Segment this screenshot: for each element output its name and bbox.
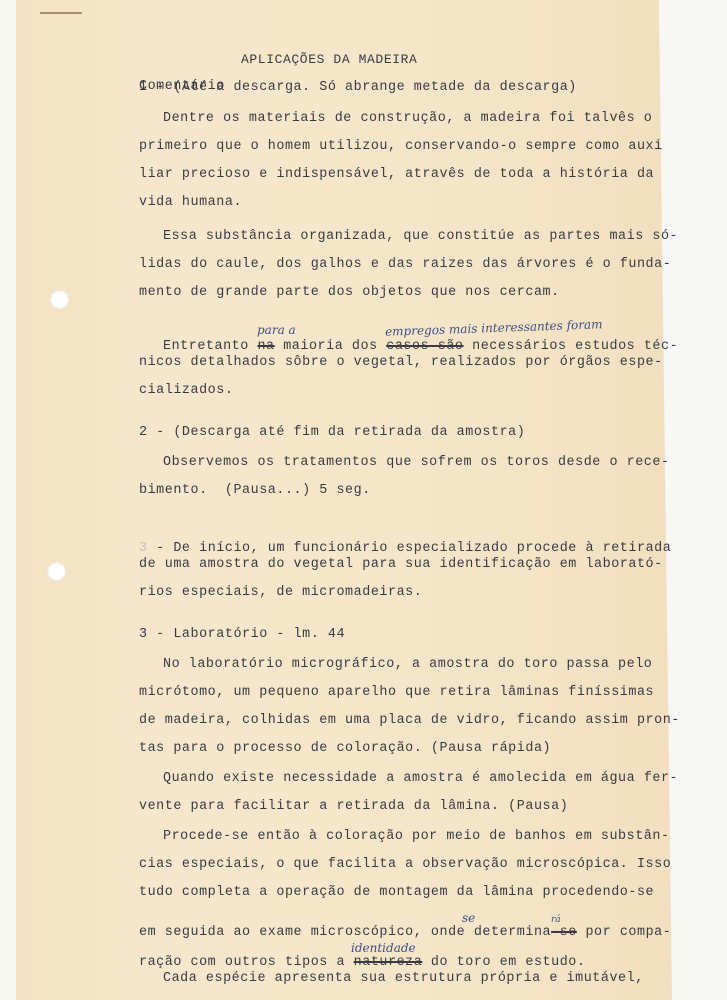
text-line: liar precioso e indispensável, atravês d… xyxy=(139,167,654,182)
text-line: mento de grande parte dos objetos que no… xyxy=(139,285,560,300)
paper-crease xyxy=(40,12,82,14)
text-line: tudo completa a operação de montagem da … xyxy=(139,885,654,900)
text-line: de madeira, colhidas em uma placa de vid… xyxy=(139,713,680,728)
punch-hole-top xyxy=(50,290,69,309)
text-line: Procede-se então à coloração por meio de… xyxy=(163,829,670,844)
text-line: micrótomo, um pequeno aparelho que retir… xyxy=(139,685,654,700)
text-line: Observemos os tratamentos que sofrem os … xyxy=(163,455,670,470)
text-line: Essa substância organizada, que constitú… xyxy=(163,229,678,244)
text-line: cias especiais, o que facilita a observa… xyxy=(139,857,671,872)
text-line: Quando existe necessidade a amostra é am… xyxy=(163,771,678,786)
struck-word: na xyxy=(257,339,274,354)
struck-word: casos são xyxy=(386,339,463,354)
text-line: bimento. (Pausa...) 5 seg. xyxy=(139,483,371,498)
section-line: 3 - De início, um funcionário especializ… xyxy=(139,541,671,556)
text-line: vente para facilitar a retirada da lâmin… xyxy=(139,799,568,814)
punch-hole-bottom xyxy=(47,562,66,581)
faded-number: 3 xyxy=(139,541,148,556)
text-line: 2 - (Descarga até fim da retirada da amo… xyxy=(139,425,525,440)
struck-word: natureza xyxy=(354,955,423,970)
text-line: Cada espécie apresenta sua estrutura pró… xyxy=(163,971,644,986)
handwritten-para-a: para a xyxy=(257,323,296,337)
text-line: vida humana. xyxy=(139,195,242,210)
text-line: de uma amostra do vegetal para sua ident… xyxy=(139,557,663,572)
text-line: 3 - Laboratório - lm. 44 xyxy=(139,627,345,642)
text-line: 1 - (Até a descarga. Só abrange metade d… xyxy=(139,80,577,95)
exame-line: em seguida ao exame microscópico, onde d… xyxy=(139,925,671,940)
text-line: Dentre os materiais de construção, a mad… xyxy=(163,111,652,126)
text-line: tas para o processo de coloração. (Pausa… xyxy=(139,741,551,756)
text-line: cializados. xyxy=(139,383,233,398)
text-line: primeiro que o homem utilizou, conservan… xyxy=(139,139,663,154)
handwritten-ra: rá xyxy=(551,915,561,925)
entretanto-line: Entretanto na maioria dos casos são nece… xyxy=(163,339,678,354)
text-line: rios especiais, de micromadeiras. xyxy=(139,585,422,600)
text-line: No laboratório micrográfico, a amostra d… xyxy=(163,657,652,672)
struck-word: -se xyxy=(551,925,577,940)
handwritten-identidade: identidade xyxy=(351,941,416,955)
text-line: nicos detalhados sôbre o vegetal, realiz… xyxy=(139,355,663,370)
natureza-line: ração com outros tipos a natureza do tor… xyxy=(139,955,585,970)
text-line: lidas do caule, dos galhos e das raizes … xyxy=(139,257,671,272)
handwritten-se: se xyxy=(462,911,475,925)
document-title: APLICAÇÕES DA MADEIRA xyxy=(241,52,417,67)
